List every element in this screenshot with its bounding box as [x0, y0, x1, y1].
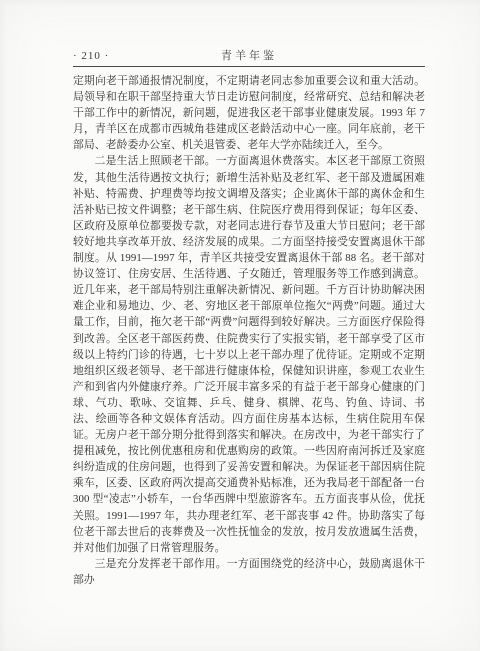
book-title: 青羊年鉴 [165, 47, 333, 63]
paragraph-3-role: 三是充分发挥老干部作用。一方面围绕党的经济中心，鼓励离退休干部办 [73, 556, 425, 588]
page-header: · 210 · 青羊年鉴 [73, 47, 425, 63]
page-number: · 210 · [73, 50, 165, 62]
page-body-text: 定期向老干部通报情况制度，不定期请老同志参加重要会议和重大活动。局领导和在职干部… [73, 73, 425, 588]
paragraph-1-continuation: 定期向老干部通报情况制度，不定期请老同志参加重要会议和重大活动。局领导和在职干部… [73, 73, 425, 153]
paragraph-2-life-care: 二是生活上照顾老干部。一方面离退休费落实。本区老干部原工资照发，其他生活待遇按文… [73, 153, 425, 555]
yearbook-scanned-page: · 210 · 青羊年鉴 定期向老干部通报情况制度，不定期请老同志参加重要会议和… [0, 0, 480, 651]
header-rule [73, 66, 425, 67]
